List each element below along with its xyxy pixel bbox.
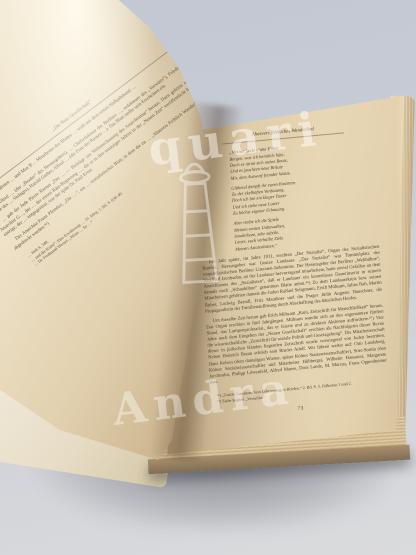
body-paragraph: Um dieselbe Zeit herum gab Erich Mühsam … [206, 303, 388, 386]
left-page-text-block: „Die Neue Gesellschaft“ Die Sozialisten … [0, 38, 228, 271]
right-page-text-block: Ahasvers fröhliches Wanderlied „Meiner S… [194, 122, 390, 420]
poem-wanderlied: „Meiner Seele glatte Häute Bergen, was i… [229, 137, 379, 252]
open-book-photo: Ahasvers fröhliches Wanderlied „Meiner S… [0, 0, 416, 555]
